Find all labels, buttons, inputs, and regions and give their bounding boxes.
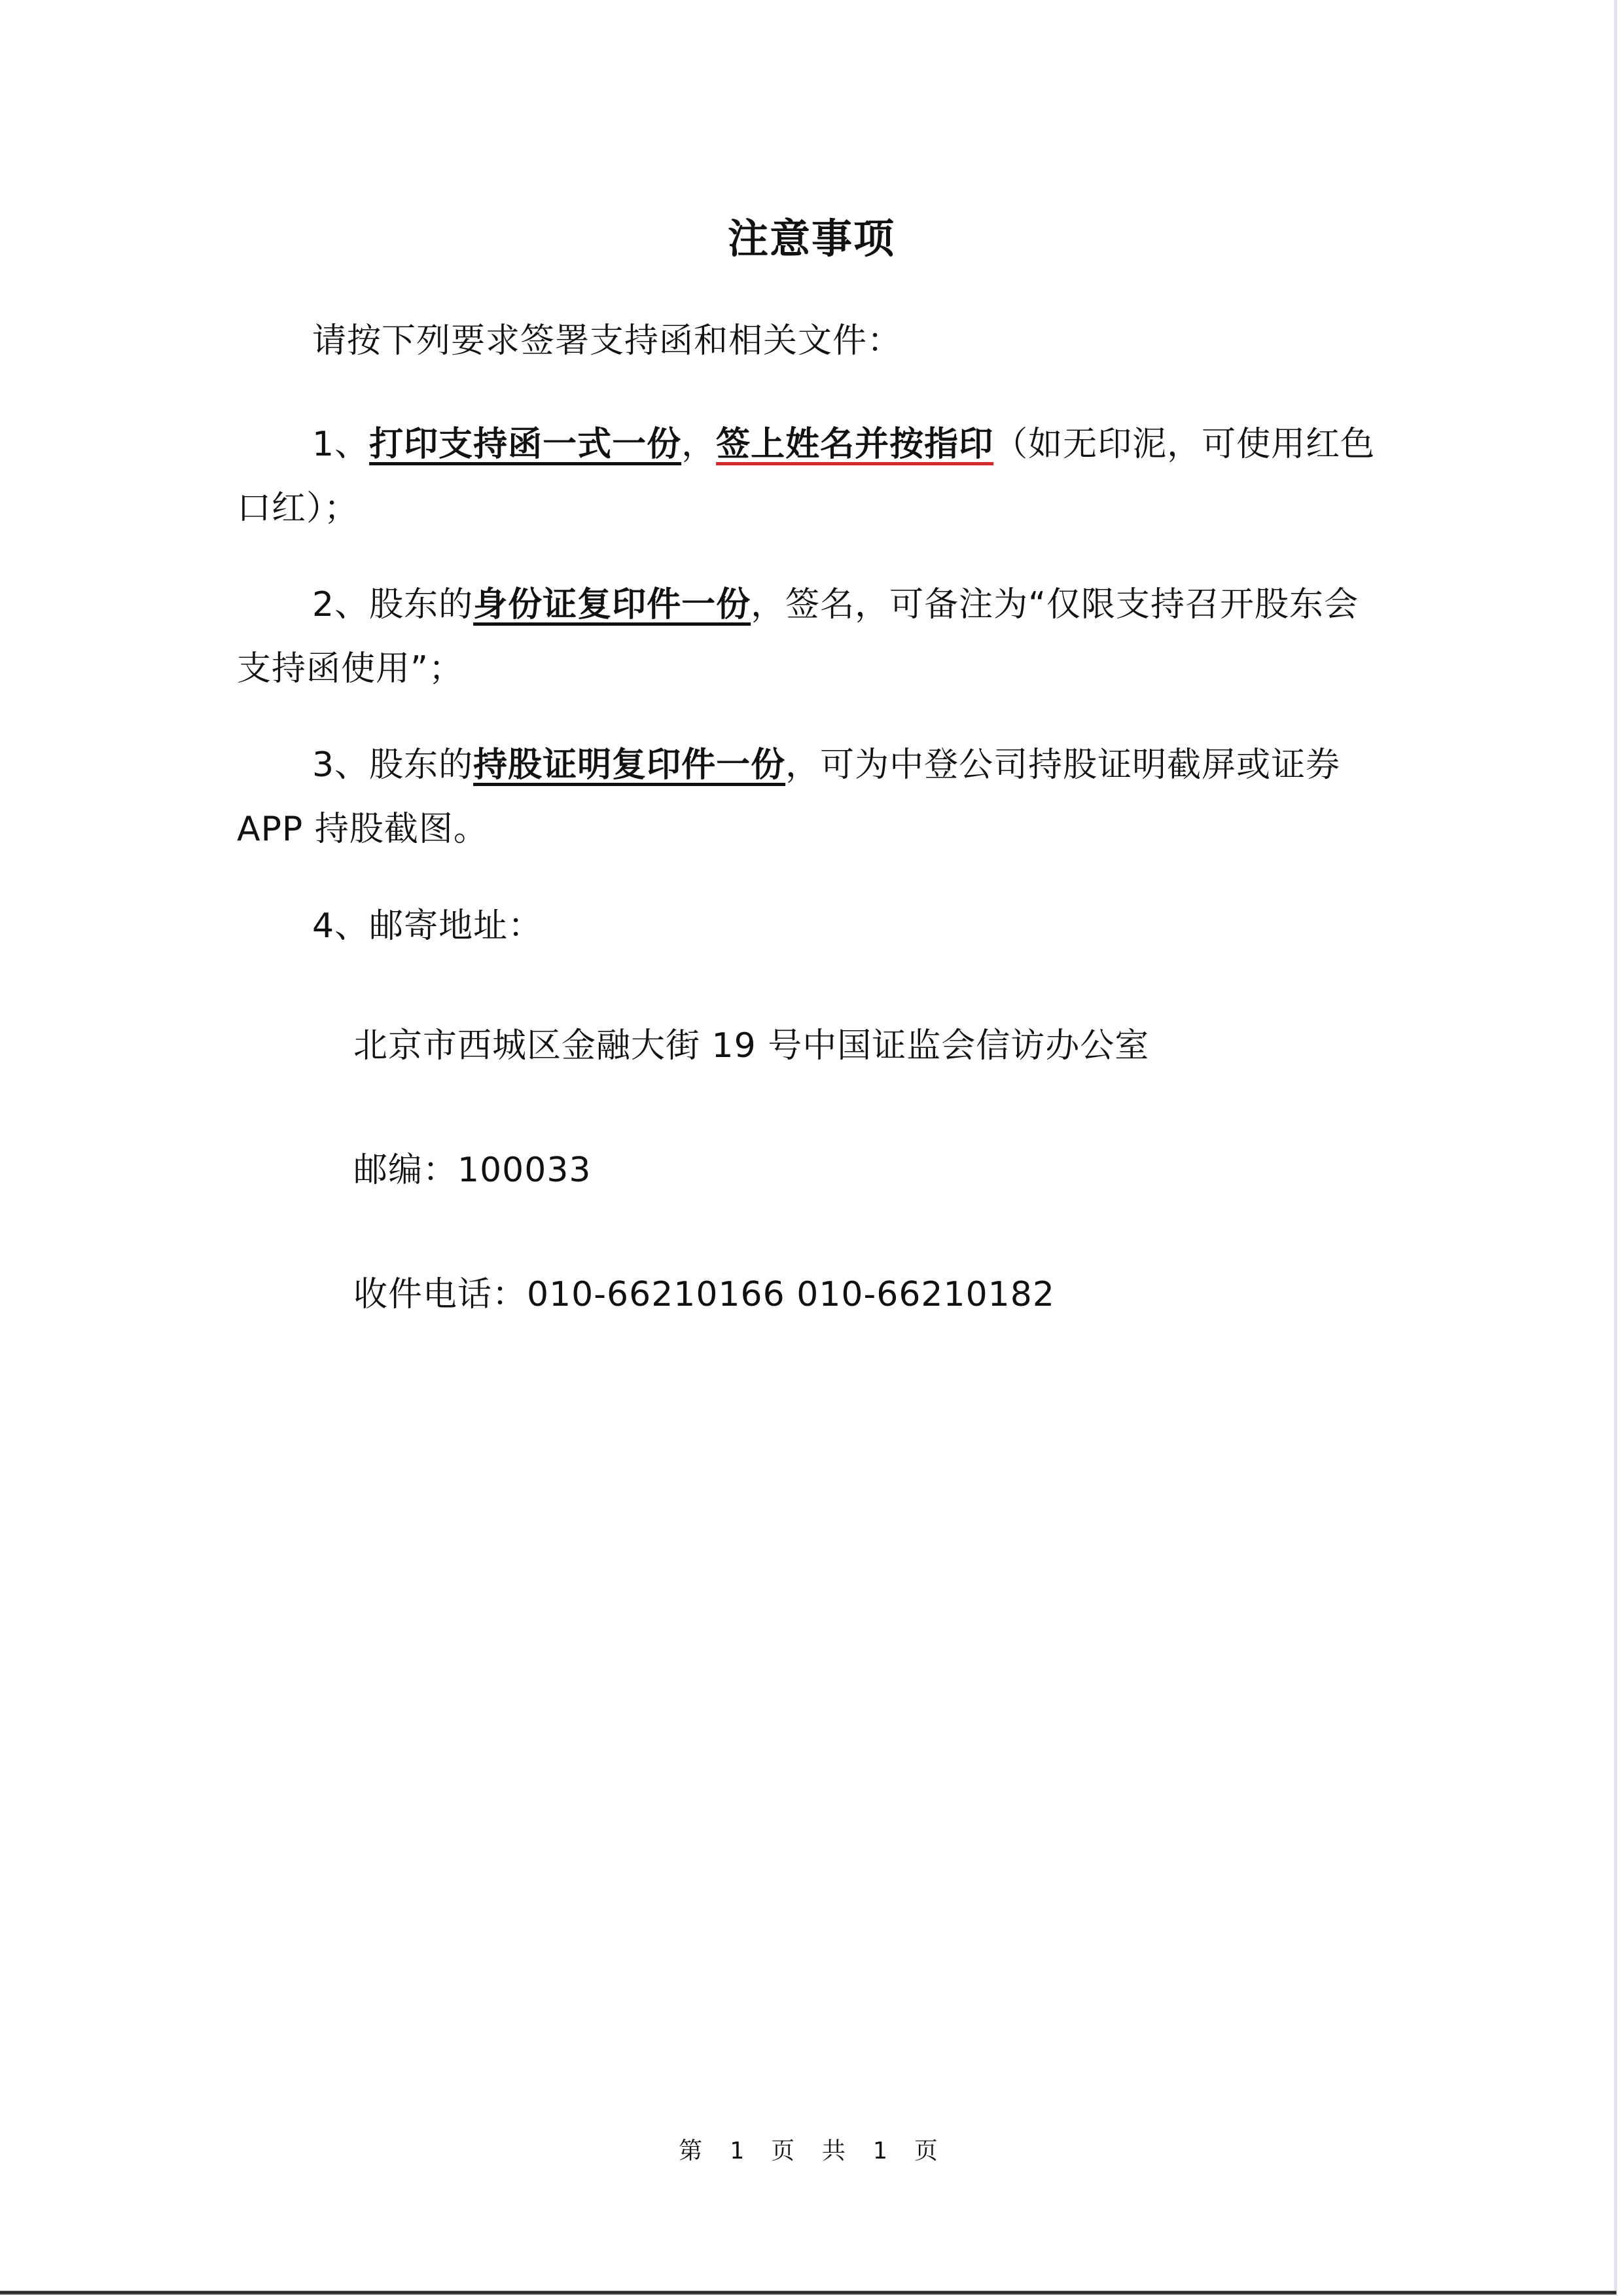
item-1-emphasis-sign: 签上姓名并按指印 <box>716 425 993 464</box>
item-2-emphasis-id-copy: 身份证复印件一份 <box>473 585 751 624</box>
item-1-prefix: 1、 <box>312 425 369 464</box>
intro-paragraph: 请按下列要求签署支持函和相关文件： <box>237 309 1376 373</box>
item-1-paragraph: 1、打印支持函一式一份，签上姓名并按指印（如无印泥，可使用红色口红）； <box>237 412 1376 541</box>
item-2-prefix: 2、股东的 <box>312 585 473 624</box>
item-1-separator: ， <box>681 425 716 464</box>
postcode-line: 邮编：100033 <box>353 1142 592 1191</box>
postcode-label: 邮编： <box>353 1151 457 1190</box>
item-2-paragraph: 2、股东的身份证复印件一份，签名，可备注为“仅限支持召开股东会支持函使用”； <box>237 573 1376 701</box>
item-4-paragraph: 4、邮寄地址： <box>237 894 1376 958</box>
postcode-value: 100033 <box>457 1151 592 1190</box>
page-right-edge <box>1614 0 1617 2291</box>
phone-values: 010-66210166 010-66210182 <box>527 1275 1055 1314</box>
document-title: 注意事项 <box>0 206 1623 264</box>
phone-label: 收件电话： <box>353 1275 527 1314</box>
intro-text: 请按下列要求签署支持函和相关文件： <box>312 321 902 361</box>
mailing-address-text: 北京市西城区金融大街 19 号中国证监会信访办公室 <box>353 1026 1149 1066</box>
page-bottom-edge <box>0 2291 1616 2295</box>
document-page: 注意事项 请按下列要求签署支持函和相关文件： 1、打印支持函一式一份，签上姓名并… <box>0 0 1623 2296</box>
item-3-emphasis-holding-proof: 持股证明复印件一份 <box>473 745 785 785</box>
phone-line: 收件电话：010-66210166 010-66210182 <box>353 1266 1055 1316</box>
item-3-prefix: 3、股东的 <box>312 745 473 785</box>
page-number-footer: 第 1 页 共 1 页 <box>0 2132 1623 2166</box>
item-1-emphasis-print: 打印支持函一式一份 <box>369 425 681 464</box>
item-4-prefix: 4、 <box>312 906 369 946</box>
item-4-label: 邮寄地址： <box>369 906 543 946</box>
item-3-paragraph: 3、股东的持股证明复印件一份，可为中登公司持股证明截屏或证券 APP 持股截图。 <box>237 733 1376 861</box>
mailing-address: 北京市西城区金融大街 19 号中国证监会信访办公室 <box>353 1018 1149 1067</box>
